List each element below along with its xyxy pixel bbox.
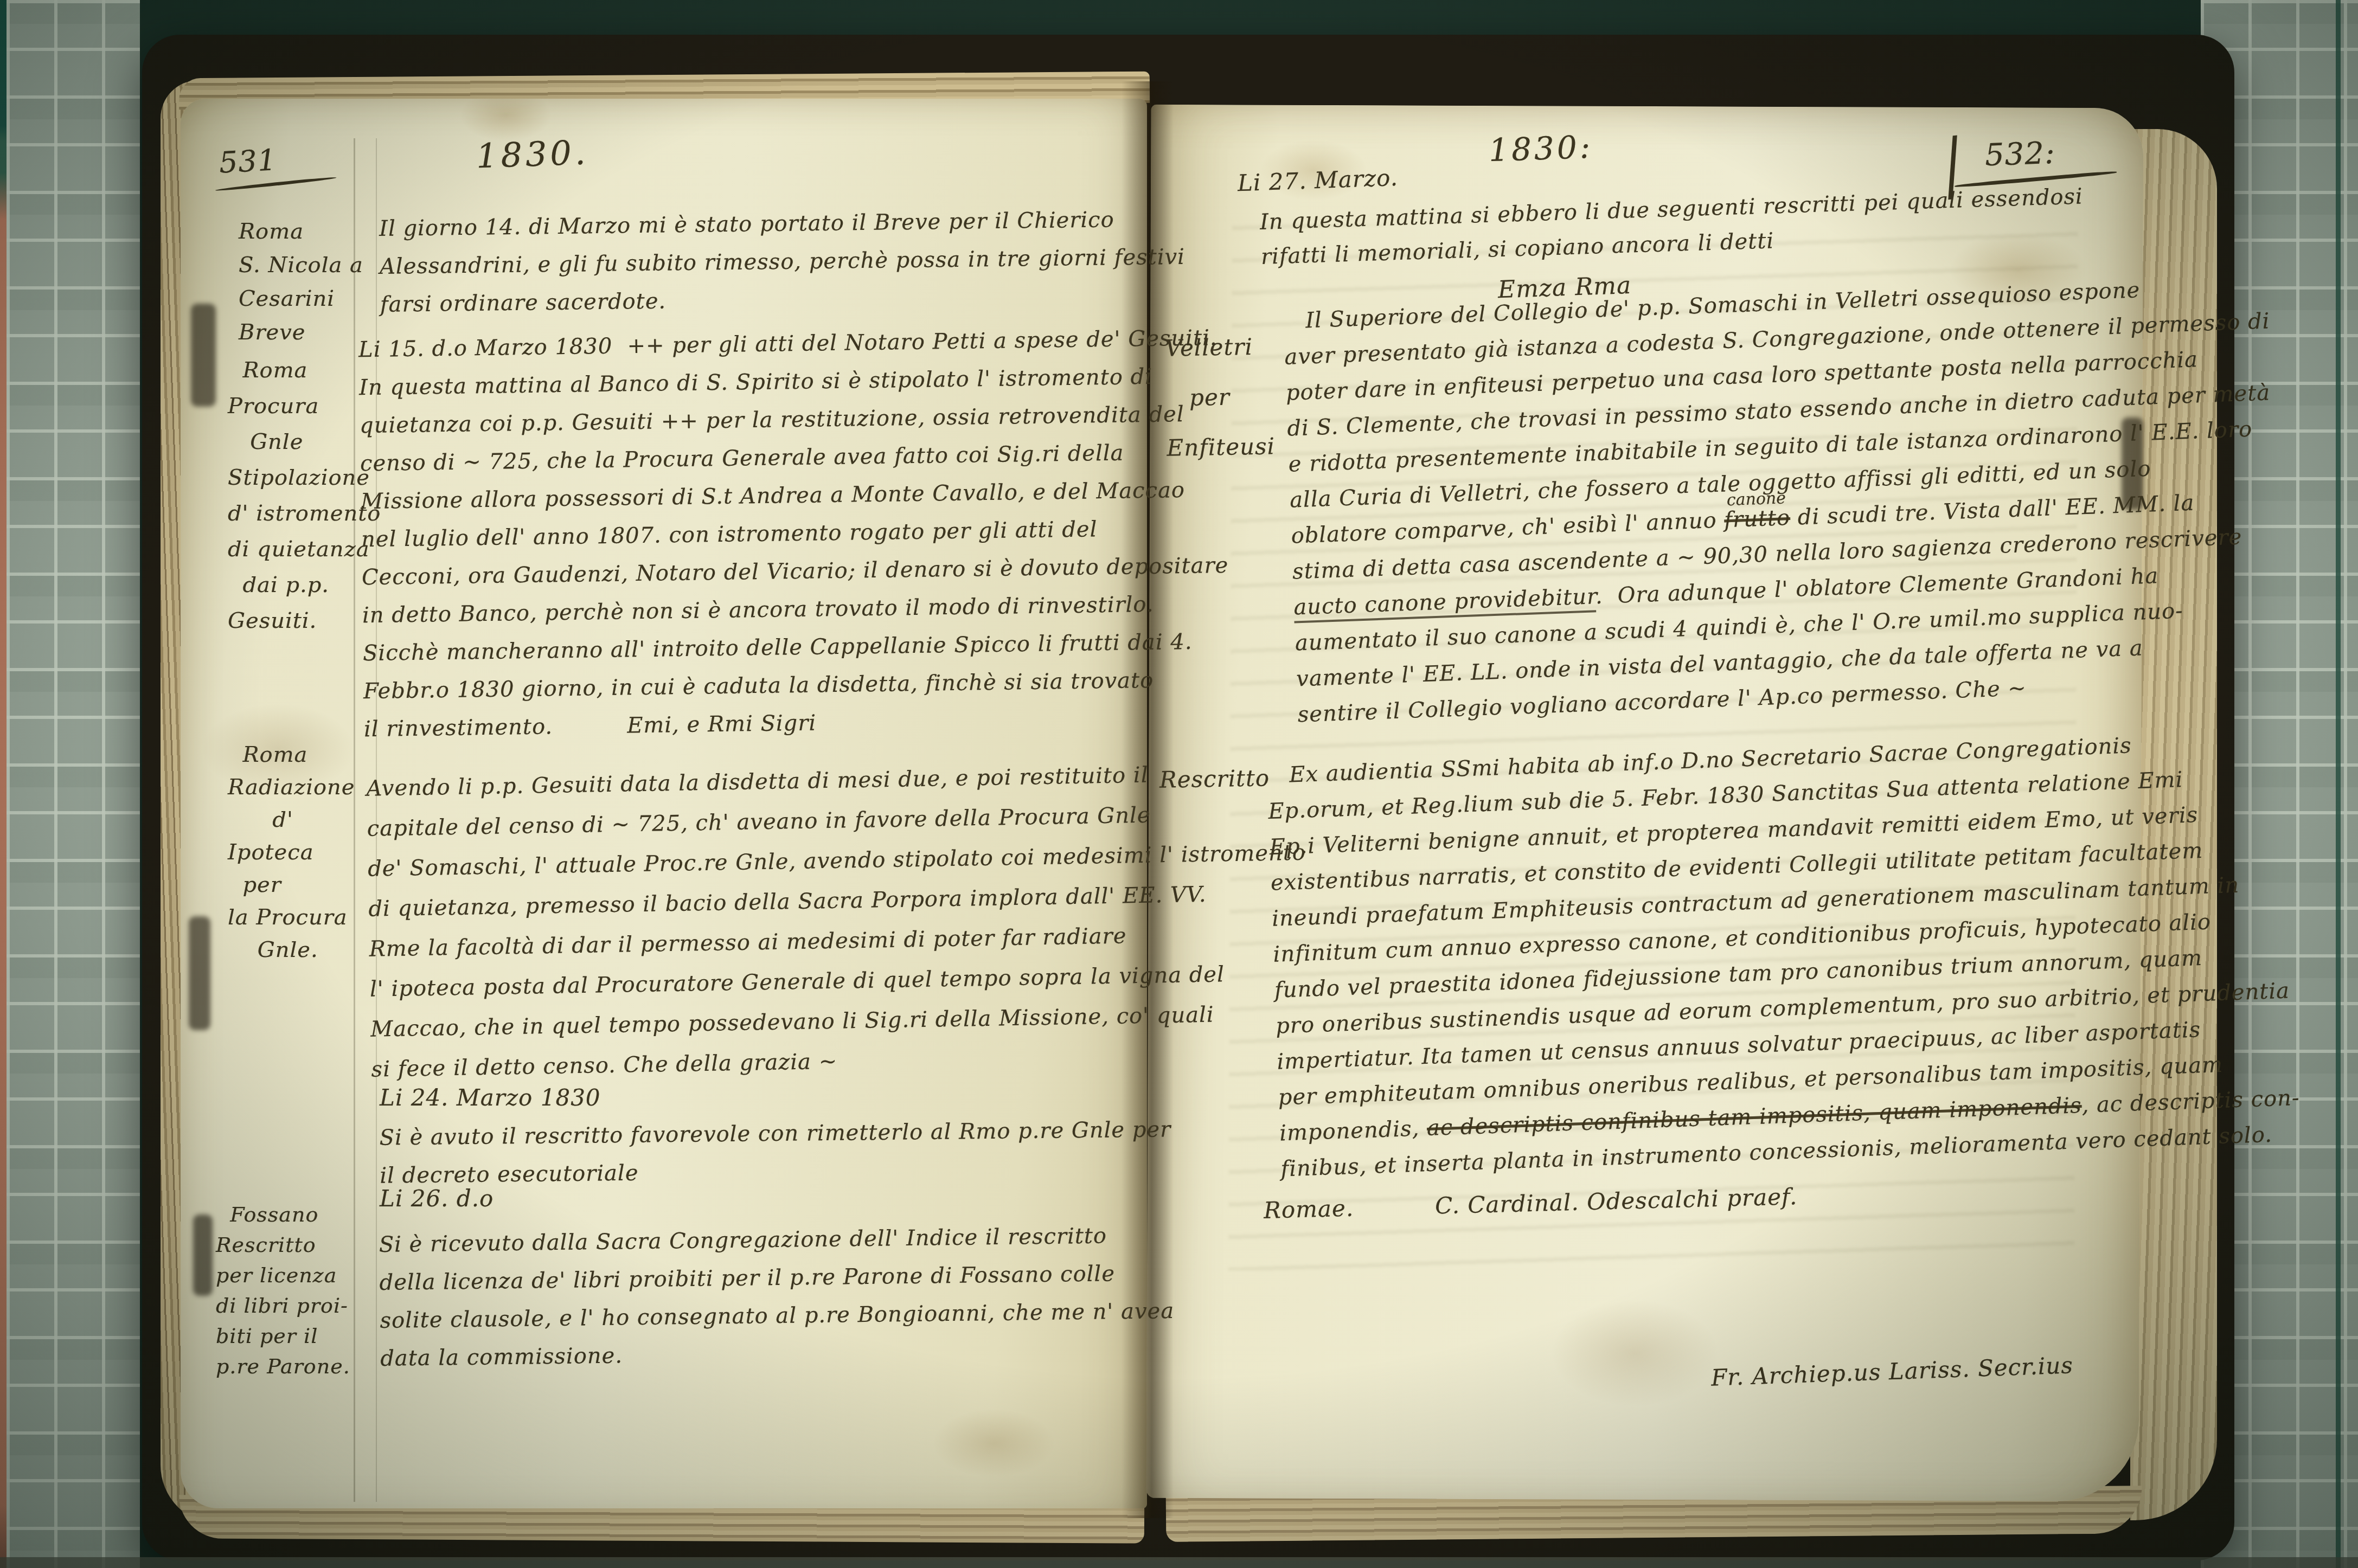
entry-quietanza-gesuiti: Li 15. d.o Marzo 1830 ++ per gli atti de…	[358, 320, 1156, 748]
calibration-grid-left	[7, 0, 140, 1568]
margin-note-fossano: FossanoRescrittoper licenzadi libri proi…	[216, 1199, 350, 1381]
photo-backdrop: 531 1830. RomaS. Nicola aCesariniBreve R…	[0, 0, 2358, 1568]
scan-edge-color-strip	[0, 0, 7, 1568]
interlinear-correction-canone: canone	[1726, 480, 1787, 518]
page-number-right: 532:	[1984, 136, 2056, 173]
date-line-24-marzo: Li 24. Marzo 1830	[380, 1084, 601, 1111]
dateline-place: Romae.	[1264, 1195, 1354, 1224]
date-line-27-marzo: Li 27. Marzo.	[1237, 164, 1398, 196]
petition-lines-upper: Il Superiore del Collegio de' p.p. Somas…	[1283, 272, 2146, 518]
entry-velletri-petition: Il Superiore del Collegio de' p.p. Somas…	[1283, 272, 2155, 732]
ink-blot	[189, 916, 210, 1030]
year-heading-left: 1830.	[476, 132, 589, 176]
year-heading-right: 1830:	[1488, 128, 1593, 169]
entry-rescritto-favorevole: Si è avuto il rescritto favorevole con r…	[379, 1110, 1171, 1194]
margin-note-velletri: Velletri perEnfiteusi	[1165, 322, 1276, 473]
entry-radiazione-ipoteca: Avendo li p.p. Gesuiti data la disdetta …	[366, 755, 1163, 1089]
ink-blot	[191, 304, 216, 407]
entry-breve-alessandrini: Il giorno 14. di Marzo mi è stato portat…	[379, 200, 1172, 324]
page-number-left: 531	[218, 143, 277, 179]
ink-blot	[193, 1214, 213, 1296]
table-edge	[0, 1557, 2358, 1568]
margin-note-radiazione: RomaRadiazione d'Ipoteca perla Procura G…	[228, 738, 355, 966]
margin-note-rescritto: Rescritto	[1159, 764, 1270, 793]
entry-licenza-libri: Si è ricevuto dalla Sacra Congregazione …	[379, 1216, 1172, 1378]
entry-latin-rescript: Ex audientia SSmi habita ab inf.o D.no S…	[1266, 728, 2138, 1187]
date-line-26-detto: Li 26. d.o	[380, 1185, 494, 1212]
margin-note-breve: RomaS. Nicola aCesariniBreve	[239, 215, 363, 349]
margin-note-quietanza: RomaProcura GnleStipolazioned' istroment…	[228, 352, 381, 639]
rescript-lines-upper: Ex audientia SSmi habita ab inf.o D.no S…	[1266, 728, 2135, 1116]
